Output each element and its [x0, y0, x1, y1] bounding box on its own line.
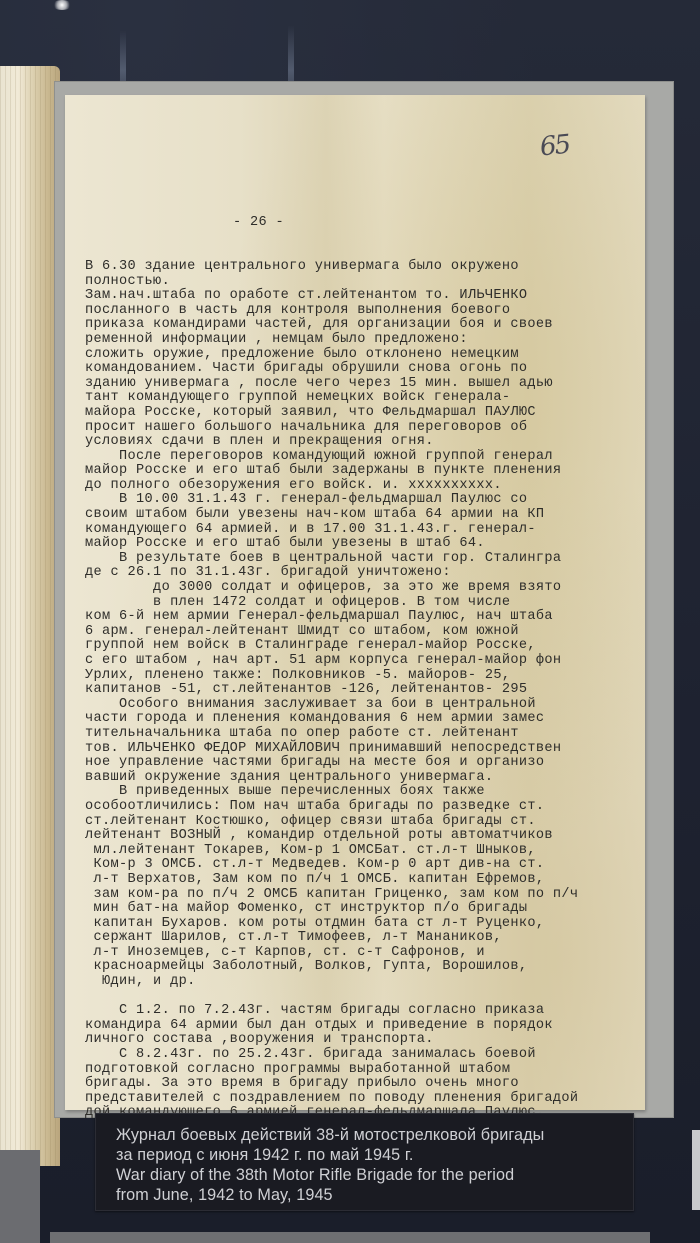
typed-line: командующего 64 армией. и в 17.00 31.1.4… — [85, 523, 645, 538]
typed-line: с его штабом , нач арт. 51 арм корпуса г… — [85, 654, 645, 669]
typed-line: в плен 1472 солдат и офицеров. В том чис… — [85, 596, 645, 611]
typed-line: В 10.00 31.1.43 г. генерал-фельдмаршал П… — [85, 493, 645, 508]
typed-line: вавший окружение здания центрального уни… — [85, 771, 645, 786]
adjacent-exhibit-edge — [692, 1130, 700, 1210]
typed-line: Особого внимания заслуживает за бои в це… — [85, 698, 645, 713]
typed-line: условиях сдачи в плен и прекращения огня… — [85, 435, 645, 450]
typed-line: В 6.30 здание центрального универмага бы… — [85, 260, 645, 275]
typed-line: Зам.нач.штаба по оработе ст.лейтенантом … — [85, 289, 645, 304]
typed-line: лейтенант ВОЗНЫЙ , командир отдельной ро… — [85, 829, 645, 844]
typed-line: тительначальника штаба по опер работе ст… — [85, 727, 645, 742]
typed-line: тов. ИЛЬЧЕНКО ФЕДОР МИХАЙЛОВИЧ принимавш… — [85, 742, 645, 757]
typed-line: Урлих, пленено также: Полковников -5. ма… — [85, 669, 645, 684]
typed-line: ременной информации , немцам было предло… — [85, 333, 645, 348]
caption-russian-line-2: за период с июня 1942 г. по май 1945 г. — [116, 1146, 414, 1165]
typed-line: части города и пленения командования 6 н… — [85, 712, 645, 727]
typed-lines: В 6.30 здание центрального универмага бы… — [85, 260, 645, 1121]
typed-line: бригады. За это время в бригаду прибыло … — [85, 1077, 645, 1092]
typed-line: С 1.2. по 7.2.43г. частям бригады соглас… — [85, 1004, 645, 1019]
caption-english-line-2: from June, 1942 to May, 1945 — [116, 1186, 333, 1205]
typed-line: майор Росске и его штаб были увезены в ш… — [85, 537, 645, 552]
typed-line: личного состава ,вооружения и транспорта… — [85, 1033, 645, 1048]
typed-line: л-т Верхатов, Зам ком по п/ч 1 ОМСБ. кап… — [85, 873, 645, 888]
typed-line: зам ком-ра по п/ч 2 ОМСБ капитан Гриценк… — [85, 888, 645, 903]
typed-line: де с 26.1 по 31.1.43г. бригадой уничтоже… — [85, 566, 645, 581]
typed-line: посланного в часть для контроля выполнен… — [85, 304, 645, 319]
typewritten-text: - 26 - В 6.30 здание центрального универ… — [85, 187, 645, 1150]
caption-english-line-1: War diary of the 38th Motor Rifle Brigad… — [116, 1166, 514, 1185]
handwritten-page-number: 65 — [538, 130, 570, 163]
document-page: 65 - 26 - В 6.30 здание центрального уни… — [65, 95, 645, 1110]
typed-page-header: - 26 - — [85, 216, 645, 231]
typed-line: С 8.2.43г. по 25.2.43г. бригада занимала… — [85, 1048, 645, 1063]
typed-line: приказа командирами частей, для организа… — [85, 318, 645, 333]
typed-line: 6 арм. генерал-лейтенант Шмидт со штабом… — [85, 625, 645, 640]
typed-line: мин бат-на майор Фоменко, ст инструктор … — [85, 902, 645, 917]
typed-line: сержант Шарилов, ст.л-т Тимофеев, л-т Ма… — [85, 931, 645, 946]
typed-line: Юдин, и др. — [85, 975, 645, 990]
typed-line: В результате боев в центральной части го… — [85, 552, 645, 567]
typed-line: полностью. — [85, 275, 645, 290]
light-reflection — [52, 0, 72, 10]
typed-line: Ком-р 3 ОМСБ. ст.л-т Медведев. Ком-р 0 а… — [85, 858, 645, 873]
typed-line: капитан Бухаров. ком роты отдмин бата ст… — [85, 917, 645, 932]
typed-line: подготовкой согласно программы выработан… — [85, 1063, 645, 1078]
typed-line: ст.лейтенант Костюшко, офицер связи штаб… — [85, 815, 645, 830]
typed-line: командованием. Части бригады обрушили сн… — [85, 362, 645, 377]
book-page-stack — [0, 66, 60, 1166]
typed-line: до 3000 солдат и офицеров, за это же вре… — [85, 581, 645, 596]
typed-line: майор Росске и его штаб были задержаны в… — [85, 464, 645, 479]
typed-line: красноармейцы Заболотный, Волков, Гупта,… — [85, 960, 645, 975]
typed-line: командира 64 армии был дан отдых и приве… — [85, 1019, 645, 1034]
typed-line: зданию универмага , после чего через 15 … — [85, 377, 645, 392]
next-exhibit-edge — [50, 1232, 650, 1243]
typed-line — [85, 990, 645, 1005]
typed-line: представителей с поздравлением по поводу… — [85, 1092, 645, 1107]
typed-line: л-т Иноземцев, с-т Карпов, ст. с-т Сафро… — [85, 946, 645, 961]
typed-line: особоотличились: Пом нач штаба бригады п… — [85, 800, 645, 815]
caption-russian-line-1: Журнал боевых действий 38-й мотострелков… — [116, 1126, 544, 1145]
typed-line: После переговоров командующий южной груп… — [85, 450, 645, 465]
typed-line: ное управление частями бригады на месте … — [85, 756, 645, 771]
book-cover-edge — [0, 1150, 40, 1243]
typed-line: ком 6-й нем армии Генерал-фельдмаршал Па… — [85, 610, 645, 625]
typed-line: сложить оружие, предложение было отклоне… — [85, 348, 645, 363]
typed-line: капитанов -51, ст.лейтенантов -126, лейт… — [85, 683, 645, 698]
typed-line: мл.лейтенант Токарев, Ком-р 1 ОМСБат. ст… — [85, 844, 645, 859]
typed-line: своим штабом были увезены нач-ком штаба … — [85, 508, 645, 523]
typed-line: до полного обезоружения его войск. и. xx… — [85, 479, 645, 494]
typed-line: просит нашего большого начальника для пе… — [85, 421, 645, 436]
typed-line: группой нем войск в Сталинграде генерал-… — [85, 639, 645, 654]
typed-line: майора Росске, который заявил, что Фельд… — [85, 406, 645, 421]
exhibit-caption-plate: Журнал боевых действий 38-й мотострелков… — [95, 1113, 634, 1211]
typed-line: тант командующего группой немецких войск… — [85, 391, 645, 406]
typed-line: В приведенных выше перечисленных боях та… — [85, 785, 645, 800]
